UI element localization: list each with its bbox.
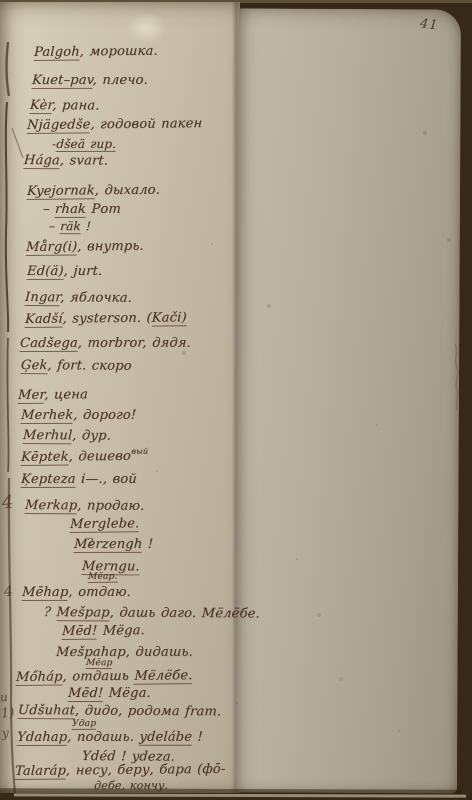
paper-stain	[126, 12, 166, 44]
edge-annotation-scribble	[450, 342, 464, 412]
right-page: 41	[235, 8, 461, 793]
underlying-page-edge	[14, 793, 466, 797]
page-number: 41	[420, 16, 440, 33]
binding-edge	[0, 0, 26, 800]
foxing-specks	[0, 0, 2, 2]
left-page	[0, 2, 240, 793]
manuscript-photo: 41 Palgoh, морошка.Kuet–pav, плечо.Kèr, …	[0, 0, 472, 800]
